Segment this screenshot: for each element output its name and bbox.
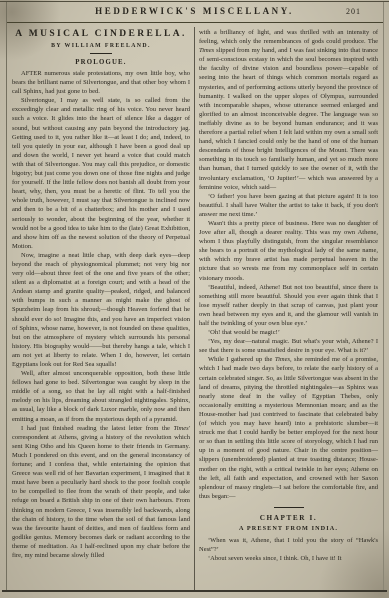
- paragraph: AFTER numerous stale protestations, my o…: [12, 69, 190, 96]
- byline-rule: [90, 53, 112, 54]
- column-left: A MUSICAL CINDERELLA. BY WILLIAM FREELAN…: [10, 26, 192, 590]
- running-head: HEDDERWICK'S MISCELLANY. 201: [10, 6, 379, 19]
- paragraph: I had just finished reading the latest l…: [12, 424, 190, 560]
- column-right: with a brilliancy of light, and was thri…: [197, 26, 380, 590]
- article-byline: BY WILLIAM FREELAND.: [12, 43, 190, 49]
- article-title: A MUSICAL CINDERELLA.: [12, 29, 190, 39]
- paragraph: Now, imagine a neat little chap, with de…: [12, 251, 190, 369]
- right-column-text: with a brilliancy of light, and was thri…: [199, 28, 378, 501]
- paragraph: ‘Beautiful, indeed, Athene! But not too …: [199, 283, 378, 328]
- column-divider-rule: [194, 27, 195, 590]
- page-edge-left: [6, 2, 7, 592]
- page-edge-top: [0, 1, 389, 2]
- paragraph: ‘Yes, my dear—natural magic. But what's …: [199, 337, 378, 355]
- paragraph: ‘About seven weeks since, I think. Oh, I…: [199, 554, 378, 563]
- magazine-page: HEDDERWICK'S MISCELLANY. 201 A MUSICAL C…: [0, 0, 389, 598]
- article-columns: A MUSICAL CINDERELLA. BY WILLIAM FREELAN…: [10, 26, 380, 590]
- section-heading: PROLOGUE.: [12, 59, 190, 66]
- header-rule: [7, 22, 383, 23]
- page-number: 201: [346, 7, 361, 16]
- chapter-heading: CHAPTER I.: [199, 514, 378, 522]
- paragraph: with a brilliancy of light, and was thri…: [199, 28, 378, 192]
- page-edge-right: [383, 2, 384, 592]
- chapter-text: ‘When was it, Athene, that I told you th…: [199, 536, 378, 563]
- paragraph: ‘When was it, Athene, that I told you th…: [199, 536, 378, 554]
- paragraph: ‘O father! you have been gazing at that …: [199, 192, 378, 219]
- chapter-rule: [274, 507, 304, 508]
- paragraph: Well, after almost unconquerable opposit…: [12, 369, 190, 424]
- paragraph: While I gathered up the Times, she remin…: [199, 355, 378, 501]
- page-edge-bottom: [2, 590, 387, 592]
- paragraph: Silvertongue, I may as well state, is so…: [12, 96, 190, 251]
- paragraph: Wasn't this a pretty piece of business. …: [199, 219, 378, 283]
- running-head-title: HEDDERWICK'S MISCELLANY.: [95, 6, 294, 16]
- left-column-text: AFTER numerous stale protestations, my o…: [12, 69, 190, 560]
- chapter-subheading: A PRESENT FROM INDIA.: [199, 525, 378, 532]
- paragraph: ‘Oh! that would be magic!’: [199, 328, 378, 337]
